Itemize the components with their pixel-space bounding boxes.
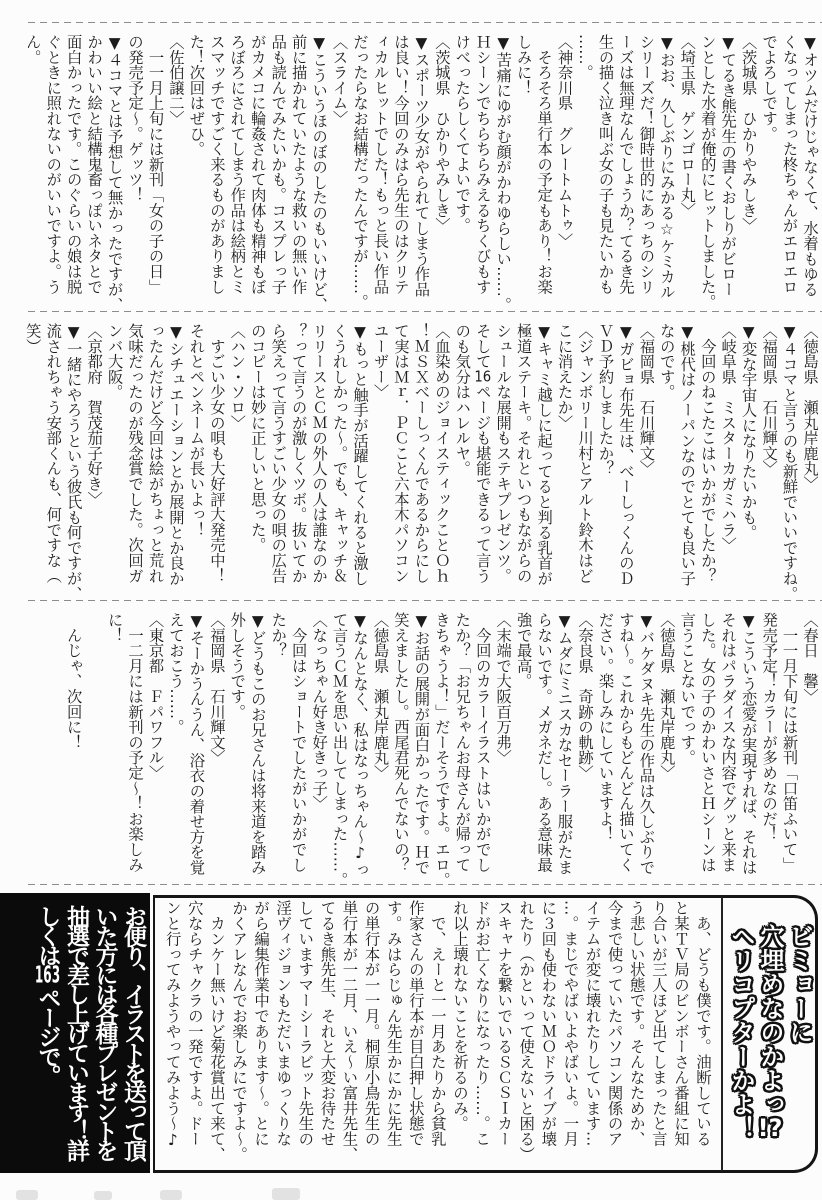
text-column: した。女の子のかわいさとＨシーンは <box>697 612 717 897</box>
text-column: ▼なんとなく、私はなっちゃん～♪っ <box>350 612 370 897</box>
text-column: いた方には各種プレゼントを <box>90 905 119 1167</box>
reader-signature: 〈埼玉県 ゲンゴロー丸〉 <box>677 34 697 319</box>
text-column: ！ＭＳＸべーしっくんであるからにし <box>411 323 431 608</box>
text-column: ーズは無理なんでしょうか？てるき先 <box>615 34 635 319</box>
reader-signature: 〈徳島県 瀬丸岸鹿丸〉 <box>370 612 390 897</box>
text-column: 〈福岡県 石川輝文〉 <box>759 323 779 608</box>
text-column: れたり（かといって使えないと困る） <box>515 900 537 1168</box>
editor-reply: 今回のカラーイラストはいかがでしたか？「お兄ちゃんお母さんが帰ってきちゃうよ！」… <box>431 612 492 897</box>
text-column: 前に描かれていたような救いの無い作 <box>288 34 308 319</box>
text-column: ドがお亡くなりになったり……。こ <box>471 900 493 1168</box>
text-column: は良い！今回のみはら先生のはクリテ <box>390 34 410 319</box>
text-column: 〈東京都 Ｆパワフル〉 <box>145 612 165 897</box>
text-column: ん。 <box>22 34 42 319</box>
text-column: でよろしです。 <box>759 34 779 319</box>
reader-letter: ▼てるき熊先生の書くおしりがビローンとした水着が俺的にヒットしました。 <box>697 34 738 319</box>
text-column: 今まで使っていたパソコン関係のア <box>604 900 626 1168</box>
text-column: こに消えたか〉 <box>554 323 574 608</box>
text-column: しみに！ <box>513 34 533 319</box>
editor-reply: 一二月には新刊の予定～！お楽しみに！ <box>104 612 145 897</box>
editor-paragraph: カンケー無いけど菊花賞出て来て、穴ならチャクラの一発ですよ。ドーンと行ってみよう… <box>162 900 228 1168</box>
text-column: ▼オツムだけじゃなくて、水着もゆる <box>800 34 820 319</box>
text-column: に！ <box>104 612 124 897</box>
text-column: 一二月には新刊の予定～！お楽しみ <box>125 612 145 897</box>
text-column: 今回のカラーイラストはいかがでし <box>472 612 492 897</box>
text-column: 強で最高。 <box>513 612 533 897</box>
text-column: て言うＣＭを思い出してしまった……。 <box>329 612 349 897</box>
text-column: の発売予定～。ゲッツ！ <box>125 34 145 319</box>
text-column: ＶＤ予約しましたか？ <box>595 323 615 608</box>
text-column: イテムが変に壊れたりしています… <box>581 900 603 1168</box>
text-column: 〈茨城県 ひかりやみしき〉 <box>431 34 451 319</box>
text-column: ったんだけど今回は絵がちょっと荒れ <box>145 323 165 608</box>
text-column: 〈徳島県 瀬丸岸鹿丸〉 <box>656 612 676 897</box>
reader-signature: 〈神奈川県 グレートムトゥ〉 <box>554 34 574 319</box>
text-column: リリースとＣＭの外人の人は誰なのか <box>309 323 329 608</box>
text-column: 外しそうです。 <box>227 612 247 897</box>
text-column: 一一月上旬には新刊「女の子の日」 <box>145 34 165 319</box>
text-column: 抽選で差し上げています！詳 <box>62 905 91 1167</box>
reader-signature: 〈末端で大阪百万弗〉 <box>493 612 513 897</box>
text-column: ンバ大阪。 <box>104 323 124 608</box>
text-column: ▼シチュエーションとか展開とか良か <box>166 323 186 608</box>
letters-tier-2: 〈徳島県 瀬丸岸鹿丸〉▼４コマと言うのも新鮮でいいですね。〈福岡県 石川輝文〉▼… <box>18 323 820 608</box>
text-column: ▼てるき熊先生の書くおしりがビロー <box>718 34 738 319</box>
text-column: たか？ <box>268 612 288 897</box>
text-column: 作家さんの単行本が目白押し状態で <box>405 900 427 1168</box>
present-notice-box: お便り、イラストを送って頂 いた方には各種プレゼントを 抽選で差し上げています！… <box>0 893 150 1173</box>
text-column: えておこう……。 <box>166 612 186 897</box>
text-column: 単行本が一二月、いえ～い富井先生、 <box>338 900 360 1168</box>
text-column: そして16ページも堪能できるって言う <box>472 323 492 608</box>
reader-letter: ▼４コマとは予想して無かったですが、かわいい絵と結構鬼畜っぽいネタとで面白かった… <box>22 34 124 319</box>
text-column: かわいい絵と結構鬼畜っぽいネタとで <box>84 34 104 319</box>
text-column: 今回はショートでしたがいかがでし <box>288 612 308 897</box>
reader-signature: 〈福岡県 石川輝文〉 <box>759 323 779 608</box>
dashed-separator <box>28 22 822 23</box>
text-column: ▼ムダにミニスカなセーラー服がたま <box>554 612 574 897</box>
reader-signature: 〈茨城県 ひかりやみしき〉 <box>738 34 758 319</box>
editor-reply: すごい少女の唄も大好評大発売中！それとペンネームが長いよっ！ <box>186 323 227 608</box>
text-column: に３回も使わないＭＯドライブが壊 <box>537 900 559 1168</box>
text-column: シュールな展開もステキプレゼンツ。 <box>493 323 513 608</box>
reader-letter: ▼おお、久しぶりにみかる☆ケミカルシリーズだ！御時世的にあっちのシリーズは無理な… <box>575 34 677 319</box>
scan-artifact <box>94 1191 112 1200</box>
text-column: くうれしかった～。でも、キャッチ＆ <box>329 323 349 608</box>
text-column: Ｈシーンでちらちらみえるちくびもす <box>472 34 492 319</box>
text-column: スマッチですごく来るものがありまし <box>206 34 226 319</box>
text-column: 極道ステーキ。それといつもながらの <box>513 323 533 608</box>
text-column: 〈岐阜県 ミスターカガミハラ〉 <box>718 323 738 608</box>
text-column: 穴ならチャクラの一発ですよ。ドー <box>184 900 206 1168</box>
text-column: シリーズだ！御時世的にあっちのシリ <box>636 34 656 319</box>
text-column: 品も読んでみたいかも。コスプレっ子 <box>268 34 288 319</box>
reader-letter: ▼そーかうんうん、浴衣の着せ方を覚えておこう……。 <box>166 612 207 897</box>
text-column: それとペンネームが長いよっ！ <box>186 323 206 608</box>
text-column: らないです。メガネだし。ある意味最 <box>534 612 554 897</box>
text-column: 〈春日 馨〉 <box>800 612 820 897</box>
reader-signature: 〈スライム〉 <box>329 34 349 319</box>
text-column: 〈末端で大阪百万弗〉 <box>493 612 513 897</box>
text-column: ぐときに照れないのがいいですよ。う <box>43 34 63 319</box>
editor-column-title: ビミョーに 穴埋めなのかよっ!? ヘリコプターかよ！ <box>726 924 813 1169</box>
text-column: 〈福岡県 石川輝文〉 <box>206 612 226 897</box>
text-column: カンケー無いけど菊花賞出て来て、 <box>206 900 228 1168</box>
reader-letter: ▼お話の展開が面白かったです。Ｈで笑えましたし。西尾君死んでないの？ <box>390 612 431 897</box>
text-column: なのです。 <box>656 323 676 608</box>
text-column: 〈スライム〉 <box>329 34 349 319</box>
text-column: あ、どうも僕です。油断している <box>692 900 714 1168</box>
text-column: けべったらしくてよいです。 <box>452 34 472 319</box>
text-column: ▼おお、久しぶりにみかる☆ケミカル <box>656 34 676 319</box>
text-column: ▼４コマとは予想して無かったですが、 <box>104 34 124 319</box>
text-column: 笑えましたし。西尾君死んでないの？ <box>390 612 410 897</box>
text-column: 気味だったのが残念賞でした。次回ガ <box>125 323 145 608</box>
reader-signature: 〈岐阜県 ミスターカガミハラ〉 <box>718 323 738 608</box>
closing-remark: んじゃ、次回に！ <box>63 612 83 897</box>
editor-reply: 一一月上旬には新刊「女の子の日」の発売予定～。ゲッツ！ <box>125 34 166 319</box>
editor-paragraph: あ、どうも僕です。油断していると某ＴＶ局のビンボーさん番組に知り合いが三人ほど出… <box>449 900 714 1168</box>
text-column: しくは163ページで。 <box>33 905 62 1167</box>
scan-artifact <box>160 1190 182 1200</box>
text-column: 〈なっちゃん好き好きっ子〉 <box>309 612 329 897</box>
text-column: ▼こういうほのぼのしたのもいいけど、 <box>309 34 329 319</box>
text-column: り合いが三人ほど出てしまったと言 <box>648 900 670 1168</box>
text-column: それはパラダイスな内容でグッと来ま <box>718 612 738 897</box>
reader-signature: 〈なっちゃん好き好きっ子〉 <box>309 612 329 897</box>
text-column: のコピーは妙に正しいと思った。 <box>247 323 267 608</box>
editor-reply: 今回のねこたこはいかがでしたか？ <box>697 323 717 608</box>
scan-artifact <box>16 1190 38 1200</box>
letters-tier-1: ▼オツムだけじゃなくて、水着もゆるくなってしまった柊ちゃんがエロエロでよろしです… <box>18 34 820 319</box>
editor-paragraph: で、えーと一一月あたりから貧乳作家さんの単行本が目白押し状態です。みはらじゅん先… <box>228 900 449 1168</box>
text-column: 〈京都府 賀茂茄子好き〉 <box>84 323 104 608</box>
text-column: 〈埼玉県 ゲンゴロー丸〉 <box>677 34 697 319</box>
text-column: ら笑えって言うすごい少女の唄の広告 <box>268 323 288 608</box>
text-column: ださい。楽しみにしていますよ！ <box>595 612 615 897</box>
scan-artifact <box>272 1188 300 1200</box>
reader-letter: ▼オツムだけじゃなくて、水着もゆるくなってしまった柊ちゃんがエロエロでよろしです… <box>759 34 820 319</box>
reader-signature: 〈佐伯譲二〉 <box>166 34 186 319</box>
reader-letter: ▼一緒にやろうという彼氏も何ですが、流されちゃう安部くんも、何ですな（笑） <box>22 323 83 608</box>
text-column: すね～。これからもどんどん描いてく <box>615 612 635 897</box>
text-column: ンとした水着が俺的にヒットしました。 <box>697 34 717 319</box>
editor-reply: 一一月下旬には新刊「口笛ふいて」発売予定！カラーが多めなのだ！ <box>759 612 800 897</box>
text-column: 〈ハン・ソロ〉 <box>227 323 247 608</box>
text-column: 〈徳島県 瀬丸岸鹿丸〉 <box>370 612 390 897</box>
text-column: 笑） <box>22 323 42 608</box>
text-column: 〈奈良県 奇跡の軌跡〉 <box>575 612 595 897</box>
reader-signature: 〈徳島県 瀬丸岸鹿丸〉 <box>656 612 676 897</box>
text-column: がカメコに輪姦されて肉体も精神もぼ <box>247 34 267 319</box>
text-column: れ以上壊れないことを祈るのみ。 <box>449 900 471 1168</box>
text-column: う悲しい状態です。そんなためか、 <box>626 900 648 1168</box>
present-notice-text: お便り、イラストを送って頂 いた方には各種プレゼントを 抽選で差し上げています！… <box>33 905 147 1167</box>
text-column: ▼一緒にやろうという彼氏も何ですが、 <box>63 323 83 608</box>
reader-letter: ▼４コマと言うのも新鮮でいいですね。 <box>779 323 799 608</box>
text-column: 面白かったです。このぐらいの娘は脱 <box>63 34 83 319</box>
text-column: ▼スポーツ少女がやられてしまう作品 <box>411 34 431 319</box>
reader-letter: ▼シチュエーションとか展開とか良かったんだけど今回は絵がちょっと荒れ気味だったの… <box>104 323 186 608</box>
reader-letter: ▼変な宇宙人になりたいかも。 <box>738 323 758 608</box>
reader-signature: 〈奈良県 奇跡の軌跡〉 <box>575 612 595 897</box>
text-column: 言うことないでっす。 <box>677 612 697 897</box>
text-column: の単行本が一一月。桐原小鳥先生の <box>361 900 383 1168</box>
text-column: ▼こういう恋愛が実現すれば、それは <box>738 612 758 897</box>
text-column: と某ＴＶ局のビンボーさん番組に知 <box>670 900 692 1168</box>
text-column: ▼桃代はノーパンなのでとても良い子 <box>677 323 697 608</box>
text-column: だったらなお結構だったんですが……。 <box>350 34 370 319</box>
reader-signature: 〈春日 馨〉 <box>800 612 820 897</box>
text-column: ▼変な宇宙人になりたいかも。 <box>738 323 758 608</box>
text-column: ユーザー〉 <box>370 323 390 608</box>
text-column: で、えーと一一月あたりから貧乳 <box>427 900 449 1168</box>
text-column: ……。 <box>575 34 595 319</box>
text-column: ？って言うのが激しくツボ。抜いてか <box>288 323 308 608</box>
text-column: ▼苦痛にゆがむ顔がかわゆらしい……。 <box>493 34 513 319</box>
text-column: ▼キャミ越しに起ってると判る乳首が <box>534 323 554 608</box>
reader-signature: 〈ジャンボリー川村とアルト鈴木はどこに消えたか〉 <box>554 323 595 608</box>
reader-signature: 〈徳島県 瀬丸岸鹿丸〉 <box>800 323 820 608</box>
text-column: すごい少女の唄も大好評大発売中！ <box>206 323 226 608</box>
text-column: 淫ヴィジョンもただいまゆっくりな <box>272 900 294 1168</box>
editor-reply: そろそろ単行本の予定もあり！お楽しみに！ <box>513 34 554 319</box>
text-column: …。まじでやばいよやばいよ。一月 <box>559 900 581 1168</box>
text-column: 流されちゃう安部くんも、何ですな（ <box>43 323 63 608</box>
text-column: たか？「お兄ちゃんお母さんが帰って <box>452 612 472 897</box>
reader-signature: 〈茨城県 ひかりやみしき〉 <box>431 34 451 319</box>
text-column: 生の描く泣き叫ぶ女の子も見たいかも <box>595 34 615 319</box>
text-column: お便り、イラストを送って頂 <box>119 905 148 1167</box>
text-column: す。みはらじゅん先生かにかに先生 <box>383 900 405 1168</box>
reader-letter: ▼こういうほのぼのしたのもいいけど、前に描かれていたような救いの無い作品も読んで… <box>186 34 329 319</box>
title-line: 穴埋めなのかよっ!? <box>755 924 784 1169</box>
text-column: 〈ジャンボリー川村とアルト鈴木はど <box>575 323 595 608</box>
reader-letter: ▼なんとなく、私はなっちゃん～♪って言うＣＭを思い出してしまった……。 <box>329 612 370 897</box>
text-column: 発売予定！カラーが多めなのだ！ <box>759 612 779 897</box>
text-column: 〈徳島県 瀬丸岸鹿丸〉 <box>800 323 820 608</box>
reader-signature: 〈福岡県 石川輝文〉 <box>636 323 656 608</box>
text-column: ィカルヒットでした！もっと長い作品 <box>370 34 390 319</box>
text-column: 〈血染めのジョイスティックことＯｈ <box>431 323 451 608</box>
letters-tier-3-paragraphs: 〈春日 馨〉 一一月下旬には新刊「口笛ふいて」発売予定！カラーが多めなのだ！▼こ… <box>104 612 820 897</box>
reader-letter: ▼キャミ越しに起ってると判る乳首が極道ステーキ。それといつもながらのシュールな展… <box>452 323 554 608</box>
text-column: のも気分はハレルヤ。 <box>452 323 472 608</box>
text-column: 〈福岡県 石川輝文〉 <box>636 323 656 608</box>
text-column: ▼もっと触手が活躍してくれると激し <box>350 323 370 608</box>
text-column: 〈神奈川県 グレートムトゥ〉 <box>554 34 574 319</box>
text-column: ▼お話の展開が面白かったです。Ｈで <box>411 612 431 897</box>
text-column: た！次回はぜひ。 <box>186 34 206 319</box>
text-column: そろそろ単行本の予定もあり！お楽 <box>534 34 554 319</box>
reader-letter: ▼バケダヌキ先生の作品は久しぶりですね～。これからもどんどん描いてください。楽し… <box>595 612 656 897</box>
reader-letter: ▼こういう恋愛が実現すれば、それはそれはパラダイスな内容でグッと来ました。女の子… <box>677 612 759 897</box>
text-column: て実はＭｒ．ＰＣこと六本木パソコン <box>390 323 410 608</box>
reader-signature: 〈京都府 賀茂茄子好き〉 <box>84 323 104 608</box>
text-column: ▼どうもこのお兄さんは将来道を踏み <box>247 612 267 897</box>
reader-letter: ▼ガビョ布先生は、べーしっくんのＤＶＤ予約しましたか？ <box>595 323 636 608</box>
reader-letter: ▼苦痛にゆがむ顔がかわゆらしい……。Ｈシーンでちらちらみえるちくびもすけべったら… <box>452 34 513 319</box>
title-line: ヘリコプターかよ！ <box>726 924 755 1169</box>
text-column: ▼バケダヌキ先生の作品は久しぶりで <box>636 612 656 897</box>
editor-column-body: あ、どうも僕です。油断していると某ＴＶ局のビンボーさん番組に知り合いが三人ほど出… <box>158 900 714 1168</box>
reader-letter: ▼スポーツ少女がやられてしまう作品は良い！今回のみはら先生のはクリティカルヒット… <box>350 34 432 319</box>
reader-signature: 〈血染めのジョイスティックことＯｈ！ＭＳＸべーしっくんであるからにして実はＭｒ．… <box>370 323 452 608</box>
text-column: していますマーシーラビット先生の <box>294 900 316 1168</box>
reader-signature: 〈ハン・ソロ〉 <box>227 323 247 608</box>
reader-signature: 〈東京都 Ｆパワフル〉 <box>145 612 165 897</box>
text-column: ▼ガビョ布先生は、べーしっくんのＤ <box>615 323 635 608</box>
reader-letter: ▼ムダにミニスカなセーラー服がたまらないです。メガネだし。ある意味最強で最高。 <box>513 612 574 897</box>
text-column: ▼そーかうんうん、浴衣の着せ方を覚 <box>186 612 206 897</box>
text-column: きちゃうよ！」だーそうですよ。エロ。 <box>431 612 451 897</box>
title-divider <box>721 897 723 1171</box>
text-column: ろぼろにされてしまう作品は絵柄とミ <box>227 34 247 319</box>
title-line: ビミョーに <box>784 924 813 1169</box>
reader-signature: 〈福岡県 石川輝文〉 <box>206 612 226 897</box>
reader-letter: ▼もっと触手が活躍してくれると激しくうれしかった～。でも、キャッチ＆リリースとＣ… <box>247 323 370 608</box>
letters-tier-3: 〈春日 馨〉 一一月下旬には新刊「口笛ふいて」発売予定！カラーが多めなのだ！▼こ… <box>18 612 820 897</box>
text-column: 〈茨城県 ひかりやみしき〉 <box>738 34 758 319</box>
reader-letter: ▼どうもこのお兄さんは将来道を踏み外しそうです。 <box>227 612 268 897</box>
text-column: ▼４コマと言うのも新鮮でいいですね。 <box>779 323 799 608</box>
editor-reply: 今回はショートでしたがいかがでしたか？ <box>268 612 309 897</box>
text-column: 今回のねこたこはいかがでしたか？ <box>697 323 717 608</box>
text-column: ンと行ってみようやってみよう～♪ <box>162 900 184 1168</box>
text-column: がら編集作業中であります～。とに <box>250 900 272 1168</box>
text-column: てるき熊先生、それと大変お待たせ <box>316 900 338 1168</box>
text-column: スキャナを繋いでいるＳＣＳＩカー <box>493 900 515 1168</box>
reader-letter: ▼桃代はノーパンなのでとても良い子なのです。 <box>656 323 697 608</box>
text-column: くなってしまった柊ちゃんがエロエロ <box>779 34 799 319</box>
text-column: 一一月下旬には新刊「口笛ふいて」 <box>779 612 799 897</box>
text-column: かくアレなんでお楽しみにですよ～。 <box>228 900 250 1168</box>
text-column: 〈佐伯譲二〉 <box>166 34 186 319</box>
